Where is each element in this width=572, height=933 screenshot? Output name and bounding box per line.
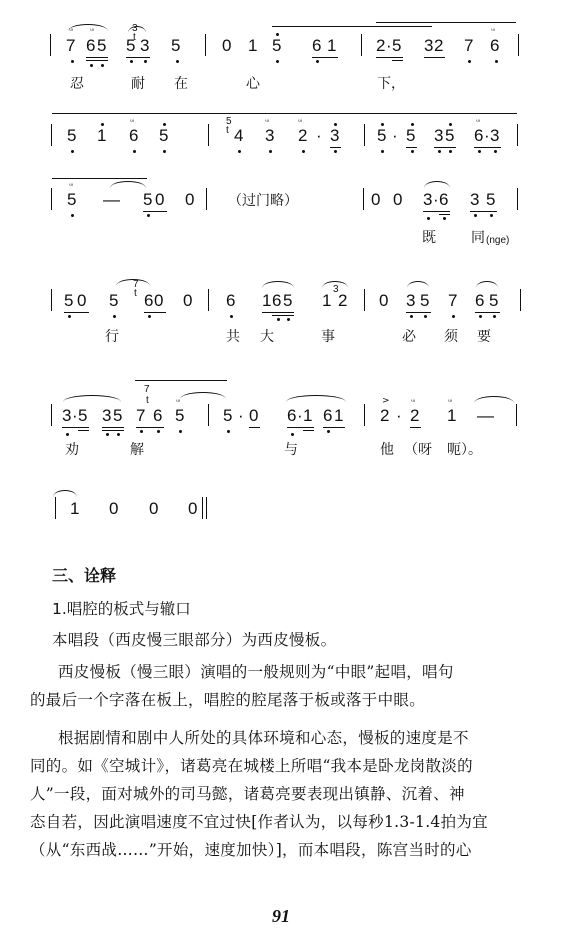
- ornament-mark: ᵚ: [265, 119, 268, 126]
- note: 1: [303, 406, 312, 426]
- low-octave-dot: [148, 315, 151, 318]
- lyric: 既: [422, 230, 436, 246]
- slur: [110, 181, 146, 188]
- ornament-mark: ᵚ: [491, 28, 494, 35]
- lyric: 在: [174, 76, 188, 92]
- lyric: 耐: [131, 76, 145, 92]
- note: 0: [371, 190, 380, 210]
- note: 6: [144, 291, 153, 311]
- underline: [126, 57, 150, 58]
- divider-line: [52, 113, 517, 114]
- page-number: 91: [272, 906, 290, 927]
- low-octave-dot: [479, 315, 482, 318]
- low-octave-dot: [90, 64, 93, 67]
- note: 5: [392, 36, 401, 56]
- underline: [64, 312, 89, 313]
- note: 3: [330, 126, 339, 146]
- note: 0: [249, 406, 258, 426]
- barline: [363, 188, 364, 210]
- notes-line: 3 · 5 3 5 7 t 7 6 ᵚ 5 5: [40, 400, 520, 430]
- lyric: 他: [380, 442, 394, 458]
- underline: [330, 147, 341, 148]
- notes-line: 5 1 ᵚ 6 5 5 t 4 ᵚ 3 ᵚ 2 · 3: [40, 120, 520, 150]
- barline: [205, 34, 206, 56]
- notes-line: 1 0 0 0: [40, 493, 520, 523]
- note: 5: [486, 190, 495, 210]
- note: 5: [78, 406, 87, 426]
- low-octave-dot: [427, 217, 430, 220]
- barline: [517, 124, 518, 146]
- barline: [206, 188, 207, 210]
- ornament-mark: ᵚ: [69, 183, 72, 190]
- note: ·: [72, 406, 78, 426]
- barline: [51, 124, 52, 146]
- low-octave-dot: [424, 315, 427, 318]
- note: 3: [102, 406, 111, 426]
- underline: [86, 60, 108, 61]
- barline: [520, 289, 521, 311]
- underline: [287, 427, 314, 428]
- lyric: 共: [226, 329, 240, 345]
- note: 5: [171, 36, 180, 56]
- slur: [63, 395, 121, 402]
- lyric: 须: [444, 329, 458, 345]
- ornament-mark: ᵚ: [176, 399, 179, 406]
- underline: [249, 427, 260, 428]
- underline: [475, 312, 500, 313]
- note: ·: [297, 406, 303, 426]
- underline: [474, 147, 501, 148]
- note: 2: [376, 36, 385, 56]
- note: 5: [67, 190, 76, 210]
- note: 5: [113, 406, 122, 426]
- underline: [410, 427, 421, 428]
- trill-mark: t: [133, 33, 136, 43]
- lyric: 大: [260, 329, 274, 345]
- subsection-heading: 1.唱腔的板式与辙口: [52, 599, 191, 619]
- paragraph-line: （从“东西战……”开始，速度加快）]，而本唱段，陈宫当时的心: [30, 840, 472, 860]
- underline: [439, 214, 450, 215]
- low-octave-dot: [468, 60, 471, 63]
- barline: [361, 34, 362, 56]
- low-octave-dot: [316, 60, 319, 63]
- note: 6: [475, 291, 484, 311]
- phrase-line: [272, 26, 432, 27]
- low-octave-dot: [291, 433, 294, 436]
- note: 3: [490, 126, 499, 146]
- barline: [364, 404, 365, 426]
- score-system-4: 5 0 5 7 t 6 0 0 6 1 6 5 1: [40, 285, 520, 350]
- lyric: 同: [471, 230, 485, 246]
- note: 2: [298, 126, 307, 146]
- low-octave-dot: [163, 150, 166, 153]
- note: 0: [77, 291, 86, 311]
- note: 5: [64, 291, 73, 311]
- barline: [517, 188, 518, 210]
- note: ·: [392, 126, 398, 146]
- paragraph-line: 西皮慢板（慢三眼）演唱的一般规则为“中眼”起唱，唱句: [58, 662, 454, 682]
- note: 0: [222, 36, 231, 56]
- score-system-6: 1 0 0 0: [40, 493, 520, 533]
- slur: [424, 181, 450, 188]
- note: 0: [155, 190, 164, 210]
- document-page: ᵚ ᵚ 7 6 5 5 3 3 t 5 5 0 1: [0, 0, 572, 933]
- low-octave-dot: [494, 150, 497, 153]
- note: 1: [70, 499, 79, 519]
- note: 7: [448, 291, 457, 311]
- low-octave-dot: [66, 433, 69, 436]
- final-barline: [202, 497, 207, 519]
- slur: [286, 395, 346, 402]
- note: ·: [484, 126, 490, 146]
- paragraph-line: 同的。如《空城计》，诸葛亮在城楼上所唱“我本是卧龙岗散淡的: [30, 756, 473, 776]
- slur: [68, 24, 108, 31]
- underline: [406, 147, 417, 148]
- note: 3: [265, 126, 274, 146]
- underline: [102, 430, 124, 431]
- note: 3: [406, 291, 415, 311]
- lyric: 心: [246, 76, 260, 92]
- note: 5: [272, 36, 281, 56]
- low-octave-dot: [327, 430, 330, 433]
- note: 6: [312, 36, 321, 56]
- low-octave-dot: [71, 60, 74, 63]
- note: 1: [447, 406, 456, 426]
- note: —: [477, 406, 494, 426]
- note: 6: [323, 406, 332, 426]
- barline: [518, 34, 519, 56]
- underline: [470, 211, 497, 212]
- underline: [102, 427, 124, 428]
- trill-mark: t: [134, 289, 137, 299]
- barline: [55, 497, 56, 519]
- note: 5: [445, 126, 454, 146]
- barline: [208, 289, 209, 311]
- note: 3: [424, 36, 433, 56]
- note: 5: [283, 291, 292, 311]
- low-octave-dot: [495, 60, 498, 63]
- note: 5: [420, 291, 429, 311]
- note: ·: [396, 406, 402, 426]
- note: 2: [410, 406, 419, 426]
- low-octave-dot: [101, 64, 104, 67]
- note: 5: [109, 291, 118, 311]
- notes-line: 5 0 5 7 t 6 0 0 6 1 6 5 1: [40, 285, 520, 315]
- ornament-mark: ᵚ: [411, 399, 414, 406]
- phrase-line: [376, 22, 516, 23]
- note: 3: [470, 190, 479, 210]
- low-octave-dot: [269, 150, 272, 153]
- underline: [423, 211, 450, 212]
- barline: [208, 404, 209, 426]
- note: 1: [327, 36, 336, 56]
- barline: [50, 34, 51, 56]
- underline: [136, 427, 164, 428]
- underline: [323, 427, 345, 428]
- note: 5: [97, 36, 106, 56]
- paragraph-line: 本唱段（西皮慢三眼部分）为西皮慢板。: [52, 630, 336, 650]
- note: 5: [406, 126, 415, 146]
- lyric: 忍: [70, 76, 84, 92]
- phrase-bracket: [135, 380, 227, 381]
- note: 6: [474, 126, 483, 146]
- note: 2: [338, 291, 347, 311]
- note: 1: [322, 291, 331, 311]
- lyric: 劝: [65, 442, 79, 458]
- low-octave-dot: [106, 433, 109, 436]
- note: 2: [434, 36, 443, 56]
- underline: [392, 60, 403, 61]
- section-heading: 三、诠释: [52, 566, 116, 586]
- note: 6: [272, 291, 281, 311]
- note: 6: [86, 36, 95, 56]
- note: 6: [439, 190, 448, 210]
- underline: [62, 427, 89, 428]
- low-octave-dot: [71, 150, 74, 153]
- note: 6: [129, 126, 138, 146]
- note: 0: [149, 499, 158, 519]
- note: ·: [386, 36, 392, 56]
- lyric: 事: [321, 329, 335, 345]
- low-octave-dot: [176, 60, 179, 63]
- note: ·: [433, 190, 439, 210]
- trill-mark: t: [226, 126, 229, 136]
- low-octave-dot: [410, 315, 413, 318]
- note: 4: [234, 126, 243, 146]
- note: 7: [136, 406, 145, 426]
- note: 1: [262, 291, 271, 311]
- low-octave-dot: [68, 315, 71, 318]
- low-octave-dot: [133, 150, 136, 153]
- note: 0: [185, 190, 194, 210]
- low-octave-dot: [438, 150, 441, 153]
- low-octave-dot: [443, 217, 446, 220]
- underline: [143, 211, 167, 212]
- note: 0: [183, 291, 192, 311]
- low-octave-dot: [474, 214, 477, 217]
- underline: [434, 147, 456, 148]
- note: 6: [490, 36, 499, 56]
- low-octave-dot: [144, 60, 147, 63]
- lyric: 呃）。: [447, 442, 482, 458]
- note: 5: [377, 126, 386, 146]
- low-octave-dot: [381, 150, 384, 153]
- note: ·: [238, 406, 244, 426]
- note: 1: [334, 406, 343, 426]
- underline: [406, 312, 431, 313]
- low-octave-dot: [277, 318, 280, 321]
- barline: [516, 404, 517, 426]
- notes-line: ᵚ ᵚ 7 6 5 5 3 3 t 5 5 0 1: [40, 30, 520, 60]
- lyric: 行: [105, 329, 119, 345]
- lyric: 下，: [377, 76, 405, 92]
- note: ·: [316, 126, 322, 146]
- note: 0: [379, 291, 388, 311]
- lyric: 与: [284, 442, 298, 458]
- note: 0: [109, 499, 118, 519]
- note: 5: [67, 126, 76, 146]
- underline: [86, 57, 108, 58]
- score-system-1: ᵚ ᵚ 7 6 5 5 3 3 t 5 5 0 1: [40, 20, 520, 100]
- low-octave-dot: [113, 315, 116, 318]
- low-octave-dot: [230, 315, 233, 318]
- low-octave-dot: [147, 214, 150, 217]
- low-octave-dot: [287, 318, 290, 321]
- low-octave-dot: [452, 315, 455, 318]
- note: —: [103, 190, 120, 210]
- phrase-line: [52, 178, 147, 179]
- lyric: 必: [402, 329, 416, 345]
- low-octave-dot: [411, 150, 414, 153]
- underline: [262, 312, 294, 313]
- low-octave-dot: [117, 433, 120, 436]
- low-octave-dot: [227, 430, 230, 433]
- note: 7: [66, 36, 75, 56]
- note: 3: [62, 406, 71, 426]
- score-system-2: 5 1 ᵚ 6 5 5 t 4 ᵚ 3 ᵚ 2 · 3: [40, 120, 520, 160]
- trill-mark: t: [146, 396, 149, 406]
- underline: [303, 430, 314, 431]
- accent-mark: >: [382, 398, 389, 405]
- barline: [51, 404, 52, 426]
- slur: [407, 281, 429, 288]
- slur: [180, 392, 226, 399]
- note: 6: [153, 406, 162, 426]
- note: 5: [159, 126, 168, 146]
- lyric-pronunciation: (nge): [486, 233, 509, 249]
- note: 0: [393, 190, 402, 210]
- underline: [78, 430, 89, 431]
- paragraph-line: 态自若，因此演唱速度不宜过快[作者认为，以每秒1.3-1.4拍为宜: [30, 812, 488, 832]
- note: 0: [188, 499, 197, 519]
- slur: [474, 396, 514, 403]
- barline: [208, 124, 209, 146]
- underline: [144, 312, 166, 313]
- barline: [364, 289, 365, 311]
- low-octave-dot: [276, 60, 279, 63]
- underline: [424, 57, 445, 58]
- low-octave-dot: [449, 150, 452, 153]
- note: 6: [226, 291, 235, 311]
- underline: [312, 57, 338, 58]
- low-octave-dot: [334, 150, 337, 153]
- low-octave-dot: [71, 214, 74, 217]
- note: 3: [434, 126, 443, 146]
- note: 7: [464, 36, 473, 56]
- note: 5: [223, 406, 232, 426]
- low-octave-dot: [157, 430, 160, 433]
- note: 3: [423, 190, 432, 210]
- lyric: 要: [477, 329, 491, 345]
- low-octave-dot: [490, 214, 493, 217]
- ornament-mark: ᵚ: [130, 119, 133, 126]
- note: 3: [140, 36, 149, 56]
- underline: [272, 315, 294, 316]
- notes-line: ᵚ 5 — 5 0 0 （过门略） 0 0 3 · 6 3 5: [40, 184, 520, 214]
- paragraph-line: 人”一段，面对城外的司马懿，诸葛亮要表现出镇静、沉着、神: [30, 784, 465, 804]
- note: 0: [154, 291, 163, 311]
- lyric: （呀: [404, 442, 432, 458]
- paragraph-line: 根据剧情和剧中人所处的具体环境和心态，慢板的速度是不: [58, 728, 469, 748]
- low-octave-dot: [478, 150, 481, 153]
- lyric: 解: [130, 442, 144, 458]
- instrumental-interlude-omitted: （过门略）: [228, 190, 298, 210]
- score-system-3: ᵚ 5 — 5 0 0 （过门略） 0 0 3 · 6 3 5: [40, 180, 520, 250]
- low-octave-dot: [179, 430, 182, 433]
- note: 1: [248, 36, 257, 56]
- barline: [364, 124, 365, 146]
- low-octave-dot: [302, 150, 305, 153]
- note: 1: [97, 126, 106, 146]
- low-octave-dot: [238, 150, 241, 153]
- ornament-mark: ᵚ: [298, 119, 301, 126]
- low-octave-dot: [493, 315, 496, 318]
- low-octave-dot: [130, 60, 133, 63]
- ornament-mark: ᵚ: [448, 399, 451, 406]
- note: 6: [287, 406, 296, 426]
- slur: [262, 281, 294, 288]
- note: 2: [380, 406, 389, 426]
- paragraph-line: 的最后一个字落在板上，唱腔的腔尾落于板或落于中眼。: [30, 690, 425, 710]
- low-octave-dot: [140, 430, 143, 433]
- score-system-5: 3 · 5 3 5 7 t 7 6 ᵚ 5 5: [40, 400, 520, 470]
- note: 5: [175, 406, 184, 426]
- barline: [51, 289, 52, 311]
- note: 5: [489, 291, 498, 311]
- underline: [376, 57, 403, 58]
- note: 5: [143, 190, 152, 210]
- ornament-mark: ᵚ: [476, 119, 479, 126]
- grace-note: 7: [144, 385, 150, 395]
- slur: [476, 281, 498, 288]
- barline: [51, 188, 52, 210]
